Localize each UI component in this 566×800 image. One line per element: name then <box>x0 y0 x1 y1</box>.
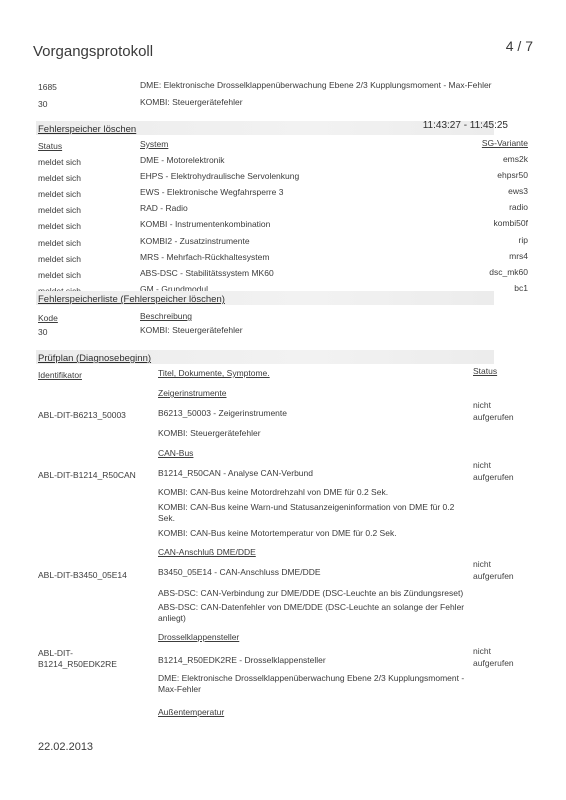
test-group-title: CAN-Anschluß DME/DDE <box>158 547 256 557</box>
test-symptom: KOMBI: CAN-Bus keine Motortemperatur von… <box>158 528 397 538</box>
row-status: meldet sich <box>38 189 81 199</box>
row-status: meldet sich <box>38 221 81 231</box>
column-header-status: Status <box>38 141 62 151</box>
column-header-status: Status <box>473 366 497 376</box>
test-group-title: CAN-Bus <box>158 448 193 458</box>
test-status: nicht aufgerufen <box>473 459 533 483</box>
row-system: DME - Motorelektronik <box>140 155 225 165</box>
section-title-fehlerspeicherliste: Fehlerspeicherliste (Fehlerspeicher lösc… <box>38 294 225 305</box>
test-identifier: ABL-DIT-B6213_50003 <box>38 410 126 420</box>
row-variant: kombi50f <box>494 218 529 228</box>
test-symptom: KOMBI: CAN-Bus keine Warn-und Statusanze… <box>158 502 468 524</box>
row-variant: radio <box>509 202 528 212</box>
test-symptom: ABS-DSC: CAN-Verbindung zur DME/DDE (DSC… <box>158 588 463 598</box>
fault-code: 30 <box>38 327 47 337</box>
row-variant: ews3 <box>508 186 528 196</box>
top-list-description: KOMBI: Steuergerätefehler <box>140 97 243 107</box>
document-title: Vorgangsprotokoll <box>33 43 153 60</box>
time-range: 11:43:27 - 11:45:25 <box>423 120 508 131</box>
column-header-title: Titel, Dokumente, Symptome. <box>158 368 270 378</box>
row-status: meldet sich <box>38 205 81 215</box>
row-status: meldet sich <box>38 270 81 280</box>
test-symptom: KOMBI: CAN-Bus keine Motordrehzahl von D… <box>158 487 388 497</box>
row-variant: ehpsr50 <box>497 170 528 180</box>
column-header-code: Kode <box>38 313 58 323</box>
row-system: EWS - Elektronische Wegfahrsperre 3 <box>140 187 283 197</box>
row-variant: ems2k <box>503 154 528 164</box>
section-title-pruefplan: Prüfplan (Diagnosebeginn) <box>38 353 151 364</box>
top-list-code: 30 <box>38 99 47 109</box>
test-group-title: Zeigerinstrumente <box>158 388 227 398</box>
test-identifier: ABL-DIT-B3450_05E14 <box>38 570 127 580</box>
test-group-title: Außentemperatur <box>158 707 224 717</box>
row-system: RAD - Radio <box>140 203 188 213</box>
row-system: KOMBI - Instrumentenkombination <box>140 219 270 229</box>
top-list-code: 1685 <box>38 82 57 92</box>
test-identifier: ABL-DIT-B1214_R50CAN <box>38 470 136 480</box>
column-header-variant: SG-Variante <box>482 138 528 148</box>
row-status: meldet sich <box>38 157 81 167</box>
row-status: meldet sich <box>38 254 81 264</box>
row-system: EHPS - Elektrohydraulische Servolenkung <box>140 171 299 181</box>
row-status: meldet sich <box>38 238 81 248</box>
row-variant: rip <box>519 235 528 245</box>
test-symptom: KOMBI: Steuergerätefehler <box>158 428 261 438</box>
column-header-identifier: Identifikator <box>38 370 82 380</box>
test-group-title: Drosselklappensteller <box>158 632 239 642</box>
test-status: nicht aufgerufen <box>473 645 533 669</box>
section-title-fehlerspeicher-loeschen: Fehlerspeicher löschen <box>38 124 136 135</box>
test-symptom: DME: Elektronische Drosselklappenüberwac… <box>158 673 468 695</box>
column-header-description: Beschreibung <box>140 311 192 321</box>
test-title: B1214_R50CAN - Analyse CAN-Verbund <box>158 468 313 478</box>
column-header-system: System <box>140 139 168 149</box>
row-system: ABS-DSC - Stabilitätssystem MK60 <box>140 268 274 278</box>
row-system: MRS - Mehrfach-Rückhaltesystem <box>140 252 269 262</box>
test-status: nicht aufgerufen <box>473 558 533 582</box>
fault-description: KOMBI: Steuergerätefehler <box>140 325 243 335</box>
row-variant: mrs4 <box>509 251 528 261</box>
test-symptom: ABS-DSC: CAN-Datenfehler von DME/DDE (DS… <box>158 602 468 624</box>
test-title: B3450_05E14 - CAN-Anschluss DME/DDE <box>158 567 321 577</box>
row-status: meldet sich <box>38 173 81 183</box>
test-title: B1214_R50EDK2RE - Drosselklappensteller <box>158 655 326 665</box>
test-status: nicht aufgerufen <box>473 399 533 423</box>
row-system: KOMBI2 - Zusatzinstrumente <box>140 236 250 246</box>
test-title: B6213_50003 - Zeigerinstrumente <box>158 408 287 418</box>
top-list-description: DME: Elektronische Drosselklappenüberwac… <box>140 80 492 90</box>
page-number: 4 / 7 <box>506 38 533 54</box>
footer-date: 22.02.2013 <box>38 741 93 753</box>
test-identifier: ABL-DIT-B1214_R50EDK2RE <box>38 648 128 670</box>
row-variant: bc1 <box>514 283 528 293</box>
row-variant: dsc_mk60 <box>489 267 528 277</box>
